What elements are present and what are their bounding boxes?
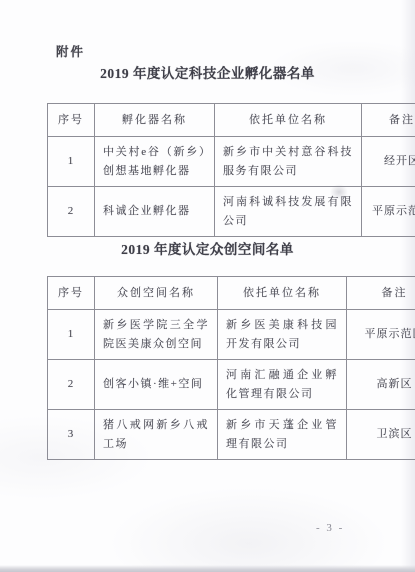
table-cell: 河南汇融通企业孵化管理有限公司: [218, 360, 347, 410]
table-cell: 创客小镇·维+空间: [95, 360, 218, 410]
table-cell: 新乡医美康科技园开发有限公司: [218, 310, 347, 360]
table-cell: 卫滨区: [347, 410, 415, 460]
table-row: 1新乡医学院三全学院医美康众创空间新乡医美康科技园开发有限公司平原示范区: [48, 310, 415, 360]
table-cell: 猪八戒网新乡八戒工场: [95, 410, 218, 460]
table-cell: 平原示范区: [362, 187, 415, 237]
table-header-cell: 孵化器名称: [95, 104, 215, 137]
table-cell: 1: [48, 310, 95, 360]
incubator-table-body: 1中关村e谷（新乡）创想基地孵化器新乡市中关村意谷科技服务有限公司经开区2科诚企…: [48, 137, 415, 237]
table-cell: 科诚企业孵化器: [95, 187, 215, 237]
table-row: 3猪八戒网新乡八戒工场新乡市天蓬企业管理有限公司卫滨区: [48, 410, 415, 460]
incubator-list-title: 2019 年度认定科技企业孵化器名单: [0, 62, 415, 82]
incubator-table: 序号孵化器名称依托单位名称备注 1中关村e谷（新乡）创想基地孵化器新乡市中关村意…: [47, 103, 415, 237]
table-row: 2科诚企业孵化器河南科诚科技发展有限公司平原示范区: [48, 187, 415, 237]
makerspace-table-body: 1新乡医学院三全学院医美康众创空间新乡医美康科技园开发有限公司平原示范区2创客小…: [48, 310, 415, 460]
table-header-cell: 序号: [48, 104, 95, 137]
makerspace-list-title: 2019 年度认定众创空间名单: [0, 238, 415, 258]
table-cell: 经开区: [362, 137, 415, 187]
table-row: 1中关村e谷（新乡）创想基地孵化器新乡市中关村意谷科技服务有限公司经开区: [48, 137, 415, 187]
table-header-row: 序号孵化器名称依托单位名称备注: [48, 104, 415, 137]
attachment-label: 附件: [56, 42, 85, 60]
table-cell: 河南科诚科技发展有限公司: [215, 187, 362, 237]
table-cell: 2: [48, 360, 95, 410]
table-cell: 新乡市天蓬企业管理有限公司: [218, 410, 347, 460]
table-header-cell: 备注: [347, 277, 415, 310]
table-cell: 3: [48, 410, 95, 460]
table-header-cell: 备注: [362, 104, 415, 137]
page-number: - 3 -: [316, 522, 344, 534]
table-header-cell: 依托单位名称: [215, 104, 362, 137]
table-cell: 平原示范区: [347, 310, 415, 360]
table-header-cell: 序号: [48, 277, 95, 310]
incubator-table-head: 序号孵化器名称依托单位名称备注: [48, 104, 415, 137]
table-row: 2创客小镇·维+空间河南汇融通企业孵化管理有限公司高新区: [48, 360, 415, 410]
table-header-cell: 依托单位名称: [218, 277, 347, 310]
table-cell: 高新区: [347, 360, 415, 410]
table-cell: 2: [48, 187, 95, 237]
scanned-document-page: 附件 2019 年度认定科技企业孵化器名单 序号孵化器名称依托单位名称备注 1中…: [0, 0, 415, 572]
table-cell: 新乡市中关村意谷科技服务有限公司: [215, 137, 362, 187]
table-cell: 中关村e谷（新乡）创想基地孵化器: [95, 137, 215, 187]
table-header-cell: 众创空间名称: [95, 277, 218, 310]
table-header-row: 序号众创空间名称依托单位名称备注: [48, 277, 415, 310]
table-cell: 新乡医学院三全学院医美康众创空间: [95, 310, 218, 360]
makerspace-table: 序号众创空间名称依托单位名称备注 1新乡医学院三全学院医美康众创空间新乡医美康科…: [47, 276, 415, 460]
table-cell: 1: [48, 137, 95, 187]
makerspace-table-head: 序号众创空间名称依托单位名称备注: [48, 277, 415, 310]
